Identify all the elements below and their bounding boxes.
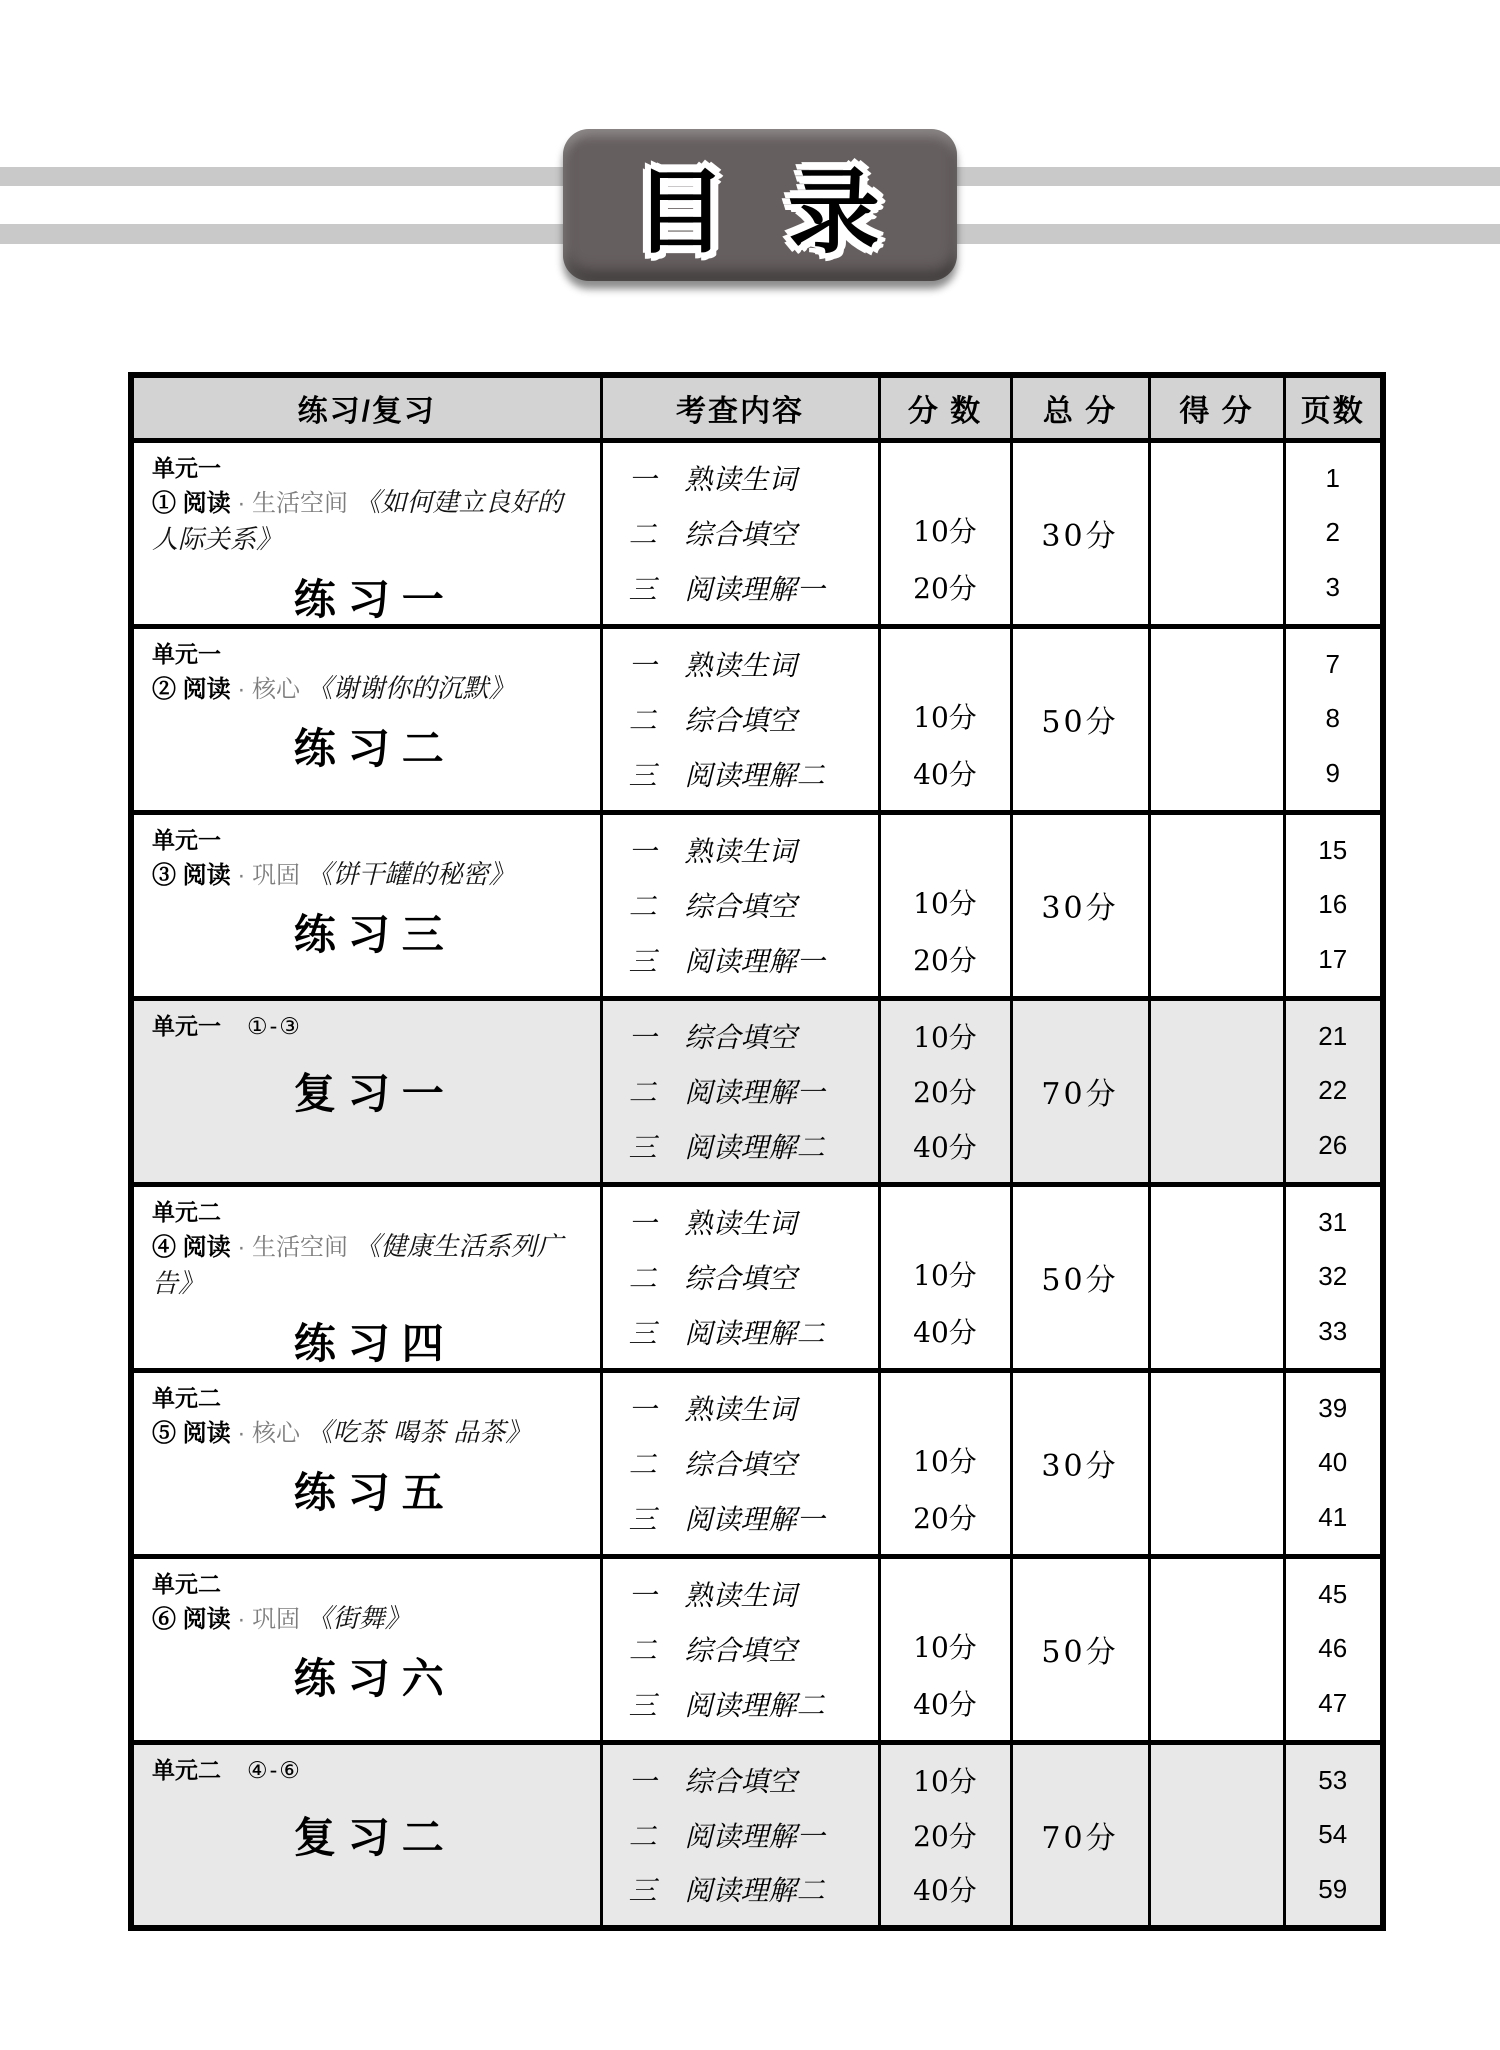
page-number: 32	[1286, 1261, 1381, 1292]
score-value	[881, 645, 1010, 679]
score-value: 10分	[881, 1440, 1010, 1480]
toc-table: 练习/复习 考查内容 分 数 总 分 得 分 页数 单元一① 阅读 · 生活空间…	[128, 372, 1386, 1931]
score-value	[881, 1575, 1010, 1609]
page-number: 21	[1286, 1021, 1381, 1052]
page-cell: 789	[1284, 626, 1383, 812]
col-header-pages: 页数	[1284, 375, 1383, 440]
unit-label: 单元一	[152, 639, 586, 669]
exercise-cell: 单元一① 阅读 · 生活空间 《如何建立良好的人际关系》练习一	[131, 440, 601, 626]
page-number: 31	[1286, 1207, 1381, 1238]
page-number: 22	[1286, 1075, 1381, 1106]
content-item: 三 阅读理解一	[603, 1498, 878, 1538]
page-cell: 212226	[1284, 998, 1383, 1184]
exercise-number-and-type: ② 阅读	[152, 676, 231, 703]
unit-label: 单元二	[152, 1569, 586, 1599]
score-value: 10分	[881, 1760, 1010, 1800]
exercise-cell-content: 单元一①-③复习一	[134, 1001, 600, 1181]
page-lines: 535459	[1286, 1745, 1381, 1925]
table-row: 单元一② 阅读 · 核心 《谢谢你的沉默》练习二一 熟读生词二 综合填空三 阅读…	[131, 626, 1383, 812]
book-title: 《吃茶 喝茶 品茶》	[307, 1418, 532, 1448]
page-cell: 454647	[1284, 1556, 1383, 1742]
unit-label: 单元二④-⑥	[152, 1755, 586, 1785]
exercise-desc: ② 阅读 · 核心 《谢谢你的沉默》	[152, 671, 586, 708]
content-item: 二 阅读理解一	[603, 1815, 878, 1855]
review-name: 复习一	[152, 1069, 586, 1119]
exercise-number-and-type: ① 阅读	[152, 490, 231, 517]
content-item: 二 综合填空	[603, 1629, 878, 1669]
category-label: 核心	[252, 1420, 307, 1447]
page-lines: 123	[1286, 443, 1381, 623]
content-item: 三 阅读理解一	[603, 940, 878, 980]
score-value	[881, 831, 1010, 865]
content-item: 三 阅读理解二	[603, 1312, 878, 1352]
total-score-cell: 50分	[1011, 1184, 1149, 1370]
table-row: 单元一① 阅读 · 生活空间 《如何建立良好的人际关系》练习一一 熟读生词二 综…	[131, 440, 1383, 626]
book-title: 《饼干罐的秘密》	[307, 860, 515, 890]
page-lines: 789	[1286, 629, 1381, 809]
page-number: 54	[1286, 1819, 1381, 1850]
category-label: 巩固	[252, 1606, 307, 1633]
page-number: 16	[1286, 889, 1381, 920]
score-cell: 10分20分40分	[879, 998, 1011, 1184]
total-score-cell: 70分	[1011, 1742, 1149, 1928]
score-value	[881, 1389, 1010, 1423]
page-cell: 535459	[1284, 1742, 1383, 1928]
exercise-name: 练习一	[152, 575, 586, 625]
score-lines: 10分20分40分	[881, 1001, 1010, 1181]
total-score-cell: 50分	[1011, 1556, 1149, 1742]
exercise-number-and-type: ④ 阅读	[152, 1234, 231, 1261]
unit-label: 单元一	[152, 825, 586, 855]
content-lines: 一 熟读生词二 综合填空三 阅读理解一	[603, 1373, 878, 1553]
exercise-cell: 单元二④ 阅读 · 生活空间 《健康生活系列广告》练习四	[131, 1184, 601, 1370]
score-lines: 10分20分	[881, 1373, 1010, 1553]
book-title: 《街舞》	[307, 1604, 411, 1634]
page-number: 17	[1286, 944, 1381, 975]
page-number: 7	[1286, 649, 1381, 680]
content-cell: 一 熟读生词二 综合填空三 阅读理解一	[601, 812, 879, 998]
exercise-cell-content: 单元一① 阅读 · 生活空间 《如何建立良好的人际关系》练习一	[134, 443, 600, 623]
category-label: 巩固	[252, 862, 307, 889]
page-cell: 151617	[1284, 812, 1383, 998]
exercise-number-and-type: ⑤ 阅读	[152, 1420, 231, 1447]
score-value: 20分	[881, 1071, 1010, 1111]
exercise-cell-content: 单元一③ 阅读 · 巩固 《饼干罐的秘密》练习三	[134, 815, 600, 995]
exercise-desc: ① 阅读 · 生活空间 《如何建立良好的人际关系》	[152, 485, 586, 559]
page-number: 3	[1286, 572, 1381, 603]
total-score-value: 30分	[1013, 1373, 1148, 1553]
page-lines: 454647	[1286, 1559, 1381, 1739]
page-number: 33	[1286, 1316, 1381, 1347]
page-number: 46	[1286, 1633, 1381, 1664]
score-value: 40分	[881, 1311, 1010, 1351]
col-header-total-score: 总 分	[1011, 375, 1149, 440]
exercise-cell-content: 单元二④-⑥复习二	[134, 1745, 600, 1925]
unit-label-text: 单元一	[152, 1013, 221, 1039]
page-number: 26	[1286, 1130, 1381, 1161]
score-value: 20分	[881, 567, 1010, 607]
content-cell: 一 熟读生词二 综合填空三 阅读理解一	[601, 440, 879, 626]
separator-dot: ·	[231, 1606, 252, 1633]
page-number: 9	[1286, 758, 1381, 789]
exercise-name: 练习二	[152, 724, 586, 774]
table-row: 单元二⑤ 阅读 · 核心 《吃茶 喝茶 品茶》练习五一 熟读生词二 综合填空三 …	[131, 1370, 1383, 1556]
page-lines: 394041	[1286, 1373, 1381, 1553]
content-item: 三 阅读理解二	[603, 1126, 878, 1166]
exercise-cell-content: 单元二⑥ 阅读 · 巩固 《街舞》练习六	[134, 1559, 600, 1739]
earned-score-cell	[1149, 1556, 1284, 1742]
score-value: 10分	[881, 1016, 1010, 1056]
score-cell: 10分20分40分	[879, 1742, 1011, 1928]
book-title: 《谢谢你的沉默》	[307, 674, 515, 704]
exercise-cell: 单元二⑥ 阅读 · 巩固 《街舞》练习六	[131, 1556, 601, 1742]
page-lines: 151617	[1286, 815, 1381, 995]
exercise-name: 练习六	[152, 1654, 586, 1704]
score-lines: 10分20分40分	[881, 1745, 1010, 1925]
unit-label: 单元二	[152, 1383, 586, 1413]
score-cell: 10分40分	[879, 626, 1011, 812]
total-score-value: 50分	[1013, 1559, 1148, 1739]
review-cell: 单元一①-③复习一	[131, 998, 601, 1184]
content-item: 三 阅读理解二	[603, 1684, 878, 1724]
earned-score-cell	[1149, 440, 1284, 626]
exercise-desc: ④ 阅读 · 生活空间 《健康生活系列广告》	[152, 1229, 586, 1303]
earned-score-cell	[1149, 1370, 1284, 1556]
score-cell: 10分20分	[879, 440, 1011, 626]
page-number: 41	[1286, 1502, 1381, 1533]
separator-dot: ·	[231, 862, 252, 889]
exercise-number-and-type: ③ 阅读	[152, 862, 231, 889]
earned-score-cell	[1149, 998, 1284, 1184]
earned-score-value	[1151, 629, 1283, 809]
earned-score-cell	[1149, 626, 1284, 812]
content-cell: 一 熟读生词二 综合填空三 阅读理解一	[601, 1370, 879, 1556]
separator-dot: ·	[231, 1234, 252, 1261]
toc-title-box: 目 录	[563, 129, 957, 281]
content-lines: 一 综合填空二 阅读理解一三 阅读理解二	[603, 1001, 878, 1181]
earned-score-value	[1151, 815, 1283, 995]
content-item: 三 阅读理解一	[603, 568, 878, 608]
earned-score-value	[1151, 1559, 1283, 1739]
content-item: 三 阅读理解二	[603, 1869, 878, 1909]
content-item: 一 熟读生词	[603, 644, 878, 684]
earned-score-cell	[1149, 812, 1284, 998]
score-value	[881, 1203, 1010, 1237]
content-item: 一 综合填空	[603, 1016, 878, 1056]
review-cell: 单元二④-⑥复习二	[131, 1742, 601, 1928]
total-score-cell: 30分	[1011, 812, 1149, 998]
score-lines: 10分20分	[881, 815, 1010, 995]
exercise-cell-content: 单元二⑤ 阅读 · 核心 《吃茶 喝茶 品茶》练习五	[134, 1373, 600, 1553]
page-cell: 123	[1284, 440, 1383, 626]
earned-score-cell	[1149, 1184, 1284, 1370]
content-item: 二 综合填空	[603, 513, 878, 553]
page-cell: 394041	[1284, 1370, 1383, 1556]
page-lines: 212226	[1286, 1001, 1381, 1181]
exercise-name: 练习四	[152, 1319, 586, 1369]
content-item: 二 综合填空	[603, 1257, 878, 1297]
content-cell: 一 综合填空二 阅读理解一三 阅读理解二	[601, 1742, 879, 1928]
content-item: 一 综合填空	[603, 1760, 878, 1800]
content-item: 二 综合填空	[603, 885, 878, 925]
content-cell: 一 综合填空二 阅读理解一三 阅读理解二	[601, 998, 879, 1184]
category-label: 核心	[252, 676, 307, 703]
score-value: 10分	[881, 882, 1010, 922]
earned-score-value	[1151, 1745, 1283, 1925]
table-row: 单元一③ 阅读 · 巩固 《饼干罐的秘密》练习三一 熟读生词二 综合填空三 阅读…	[131, 812, 1383, 998]
score-value: 40分	[881, 1869, 1010, 1909]
exercise-desc: ⑤ 阅读 · 核心 《吃茶 喝茶 品茶》	[152, 1415, 586, 1452]
unit-label: 单元一①-③	[152, 1011, 586, 1041]
table-row: 单元二④ 阅读 · 生活空间 《健康生活系列广告》练习四一 熟读生词二 综合填空…	[131, 1184, 1383, 1370]
content-cell: 一 熟读生词二 综合填空三 阅读理解二	[601, 1556, 879, 1742]
content-item: 一 熟读生词	[603, 1202, 878, 1242]
total-score-value: 30分	[1013, 443, 1148, 623]
col-header-earned-score: 得 分	[1149, 375, 1284, 440]
content-cell: 一 熟读生词二 综合填空三 阅读理解二	[601, 626, 879, 812]
score-value: 10分	[881, 510, 1010, 550]
exercise-name: 练习三	[152, 910, 586, 960]
earned-score-value	[1151, 443, 1283, 623]
page-title: 目 录	[622, 139, 898, 271]
exercise-cell: 单元一③ 阅读 · 巩固 《饼干罐的秘密》练习三	[131, 812, 601, 998]
score-lines: 10分40分	[881, 1559, 1010, 1739]
score-value: 40分	[881, 753, 1010, 793]
page-number: 15	[1286, 835, 1381, 866]
score-value: 10分	[881, 1254, 1010, 1294]
separator-dot: ·	[231, 1420, 252, 1447]
table-row: 单元二⑥ 阅读 · 巩固 《街舞》练习六一 熟读生词二 综合填空三 阅读理解二1…	[131, 1556, 1383, 1742]
page-number: 45	[1286, 1579, 1381, 1610]
total-score-value: 50分	[1013, 629, 1148, 809]
content-lines: 一 熟读生词二 综合填空三 阅读理解一	[603, 443, 878, 623]
col-header-score: 分 数	[879, 375, 1011, 440]
total-score-cell: 30分	[1011, 440, 1149, 626]
page-lines: 313233	[1286, 1187, 1381, 1367]
page-number: 39	[1286, 1393, 1381, 1424]
col-header-practice-review: 练习/复习	[131, 375, 601, 440]
content-item: 三 阅读理解二	[603, 754, 878, 794]
page-number: 53	[1286, 1765, 1381, 1796]
exercise-cell-content: 单元一② 阅读 · 核心 《谢谢你的沉默》练习二	[134, 629, 600, 809]
unit-label: 单元二	[152, 1197, 586, 1227]
score-value: 20分	[881, 1815, 1010, 1855]
total-score-value: 70分	[1013, 1001, 1148, 1181]
content-item: 二 综合填空	[603, 699, 878, 739]
earned-score-cell	[1149, 1742, 1284, 1928]
score-value	[881, 459, 1010, 493]
content-item: 一 熟读生词	[603, 458, 878, 498]
total-score-cell: 70分	[1011, 998, 1149, 1184]
score-value: 10分	[881, 1626, 1010, 1666]
exercise-cell: 单元一② 阅读 · 核心 《谢谢你的沉默》练习二	[131, 626, 601, 812]
page-number: 2	[1286, 517, 1381, 548]
content-item: 一 熟读生词	[603, 1574, 878, 1614]
content-cell: 一 熟读生词二 综合填空三 阅读理解二	[601, 1184, 879, 1370]
score-value: 40分	[881, 1126, 1010, 1166]
page-number: 40	[1286, 1447, 1381, 1478]
page-number: 1	[1286, 463, 1381, 494]
content-item: 一 熟读生词	[603, 830, 878, 870]
exercise-desc: ③ 阅读 · 巩固 《饼干罐的秘密》	[152, 857, 586, 894]
earned-score-value	[1151, 1373, 1283, 1553]
score-lines: 10分20分	[881, 443, 1010, 623]
separator-dot: ·	[231, 676, 252, 703]
unit-label: 单元一	[152, 453, 586, 483]
total-score-cell: 30分	[1011, 1370, 1149, 1556]
page-number: 8	[1286, 703, 1381, 734]
score-cell: 10分40分	[879, 1556, 1011, 1742]
table-row: 单元二④-⑥复习二一 综合填空二 阅读理解一三 阅读理解二10分20分40分70…	[131, 1742, 1383, 1928]
content-item: 二 阅读理解一	[603, 1071, 878, 1111]
col-header-exam-content: 考查内容	[601, 375, 879, 440]
score-lines: 10分40分	[881, 1187, 1010, 1367]
total-score-value: 30分	[1013, 815, 1148, 995]
content-item: 一 熟读生词	[603, 1388, 878, 1428]
page-number: 59	[1286, 1874, 1381, 1905]
total-score-value: 70分	[1013, 1745, 1148, 1925]
exercise-number-and-type: ⑥ 阅读	[152, 1606, 231, 1633]
content-lines: 一 熟读生词二 综合填空三 阅读理解二	[603, 1559, 878, 1739]
category-label: 生活空间	[252, 490, 355, 517]
review-name: 复习二	[152, 1813, 586, 1863]
score-cell: 10分20分	[879, 1370, 1011, 1556]
content-lines: 一 熟读生词二 综合填空三 阅读理解一	[603, 815, 878, 995]
exercise-cell-content: 单元二④ 阅读 · 生活空间 《健康生活系列广告》练习四	[134, 1187, 600, 1367]
score-value: 20分	[881, 939, 1010, 979]
table-row: 单元一①-③复习一一 综合填空二 阅读理解一三 阅读理解二10分20分40分70…	[131, 998, 1383, 1184]
content-lines: 一 综合填空二 阅读理解一三 阅读理解二	[603, 1745, 878, 1925]
content-lines: 一 熟读生词二 综合填空三 阅读理解二	[603, 629, 878, 809]
total-score-cell: 50分	[1011, 626, 1149, 812]
score-cell: 10分40分	[879, 1184, 1011, 1370]
exercise-range: ④-⑥	[247, 1757, 302, 1783]
separator-dot: ·	[231, 490, 252, 517]
total-score-value: 50分	[1013, 1187, 1148, 1367]
page-number: 47	[1286, 1688, 1381, 1719]
exercise-desc: ⑥ 阅读 · 巩固 《街舞》	[152, 1601, 586, 1638]
score-value: 10分	[881, 696, 1010, 736]
content-lines: 一 熟读生词二 综合填空三 阅读理解二	[603, 1187, 878, 1367]
score-cell: 10分20分	[879, 812, 1011, 998]
score-value: 40分	[881, 1683, 1010, 1723]
category-label: 生活空间	[252, 1234, 355, 1261]
earned-score-value	[1151, 1001, 1283, 1181]
exercise-cell: 单元二⑤ 阅读 · 核心 《吃茶 喝茶 品茶》练习五	[131, 1370, 601, 1556]
earned-score-value	[1151, 1187, 1283, 1367]
toc-table-body: 单元一① 阅读 · 生活空间 《如何建立良好的人际关系》练习一一 熟读生词二 综…	[131, 440, 1383, 1928]
score-lines: 10分40分	[881, 629, 1010, 809]
content-item: 二 综合填空	[603, 1443, 878, 1483]
exercise-name: 练习五	[152, 1468, 586, 1518]
page-cell: 313233	[1284, 1184, 1383, 1370]
exercise-range: ①-③	[247, 1013, 302, 1039]
score-value: 20分	[881, 1497, 1010, 1537]
header-row: 练习/复习 考查内容 分 数 总 分 得 分 页数	[131, 375, 1383, 440]
unit-label-text: 单元二	[152, 1757, 221, 1783]
